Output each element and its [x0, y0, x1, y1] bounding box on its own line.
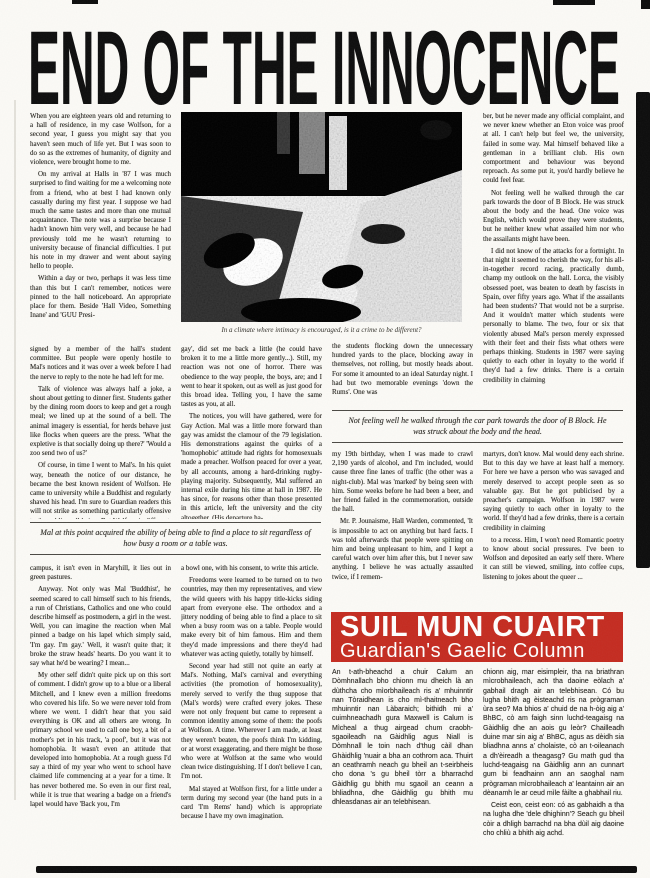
headline-condensed-text: END OF THE INNOCENCE: [28, 20, 622, 110]
paragraph: the students flocking down the unnecessa…: [332, 342, 473, 397]
paragraph: An t-ath-bheachd a chuir Calum an Dòmhna…: [332, 668, 473, 807]
paragraph: My other self didn't quite pick up on th…: [30, 671, 171, 809]
paragraph: to a recess. Him, I won't need Romantic …: [483, 536, 624, 582]
gaelic-text-column-a: An t-ath-bheachd a chuir Calum an Dòmhna…: [332, 668, 473, 854]
body-column-1-top: When you are eighteen years old and retu…: [30, 112, 171, 342]
paragraph: Talk of violence was always half a joke,…: [30, 385, 171, 459]
body-column-1-bottom: campus, it isn't even in Maryhill, it li…: [30, 564, 171, 858]
paragraph: On my arrival at Halls in '87 I was much…: [30, 170, 171, 271]
headline-text: END OF THE INNOCENCE: [28, 20, 620, 110]
paragraph: Not feeling well he walked through the c…: [483, 189, 624, 244]
paragraph: When you are eighteen years old and retu…: [30, 112, 171, 167]
paragraph: gay', did set me back a little (he could…: [181, 345, 322, 409]
paragraph: Within a day or two, perhaps it was less…: [30, 274, 171, 320]
gaelic-column-banner: SUIL MUN CUAIRT Guardian's Gaelic Column: [331, 612, 623, 662]
paragraph: chionn aig, mar eisimpleir, tha na briat…: [483, 668, 624, 798]
scan-mark-corner: [641, 0, 650, 9]
photo-caption: In a climate where intimacy is encourage…: [181, 326, 462, 334]
gaelic-column-subtitle: Guardian's Gaelic Column: [340, 641, 623, 661]
pull-quote-left: Mal at this point acquired the ability o…: [30, 522, 321, 555]
paragraph: Anyway. Not only was Mal 'Buddhist', he …: [30, 585, 171, 668]
paragraph: martyrs, don't know. Mal would deny each…: [483, 450, 624, 533]
photo-halftone-image: [181, 112, 462, 322]
gaelic-column-title: SUIL MUN CUAIRT: [340, 614, 623, 641]
scan-edge-bar-right: [636, 92, 650, 568]
article-photo: [181, 112, 462, 322]
pull-quote-right: Not feeling well he walked through the c…: [332, 410, 623, 443]
gaelic-text-column-b: chionn aig, mar eisimpleir, tha na briat…: [483, 668, 624, 854]
paragraph: The notices, you will have gathered, wer…: [181, 412, 322, 519]
article-headline: END OF THE INNOCENCE: [28, 20, 622, 110]
scanned-magazine-page: END OF THE INNOCENCE When you are eighte…: [0, 0, 650, 878]
paragraph: Mr. P. Jounaisme, Hall Warden, commented…: [332, 517, 473, 581]
body-column-1-middle: signed by a member of the hall's student…: [30, 345, 171, 519]
paragraph: ber, but he never made any official comp…: [483, 112, 624, 186]
paragraph: a bowl one, with his consent, to write t…: [181, 564, 322, 573]
paragraph: Freedoms were learned to be turned on to…: [181, 576, 322, 659]
body-column-3-lower: my 19th birthday, when I was made to cra…: [332, 450, 473, 608]
scan-fold-line: [14, 100, 16, 800]
scan-mark-top-left: [72, 0, 98, 4]
paragraph: signed by a member of the hall's student…: [30, 345, 171, 382]
paragraph: I did not know of the attacks for a fort…: [483, 247, 624, 385]
body-column-4-lower: martyrs, don't know. Mal would deny each…: [483, 450, 624, 608]
body-column-3-middle: the students flocking down the unnecessa…: [332, 342, 473, 408]
paragraph: Second year had still not quite an early…: [181, 662, 322, 782]
paragraph: Ceist eon, ceist eon: có as gabhaidh a t…: [483, 801, 624, 838]
body-column-4-top: ber, but he never made any official comp…: [483, 112, 624, 408]
paragraph: campus, it isn't even in Maryhill, it li…: [30, 564, 171, 582]
paragraph: Of course, in time I went to Mal's. In h…: [30, 461, 171, 519]
paragraph: my 19th birthday, when I was made to cra…: [332, 450, 473, 514]
body-column-2-bottom: a bowl one, with his consent, to write t…: [181, 564, 322, 858]
paragraph: Mal stayed at Wolfson first, for a littl…: [181, 785, 322, 822]
scan-edge-bar-bottom: [36, 866, 637, 873]
body-column-2-middle: gay', did set me back a little (he could…: [181, 345, 322, 519]
scan-mark-top-right: [553, 0, 595, 5]
